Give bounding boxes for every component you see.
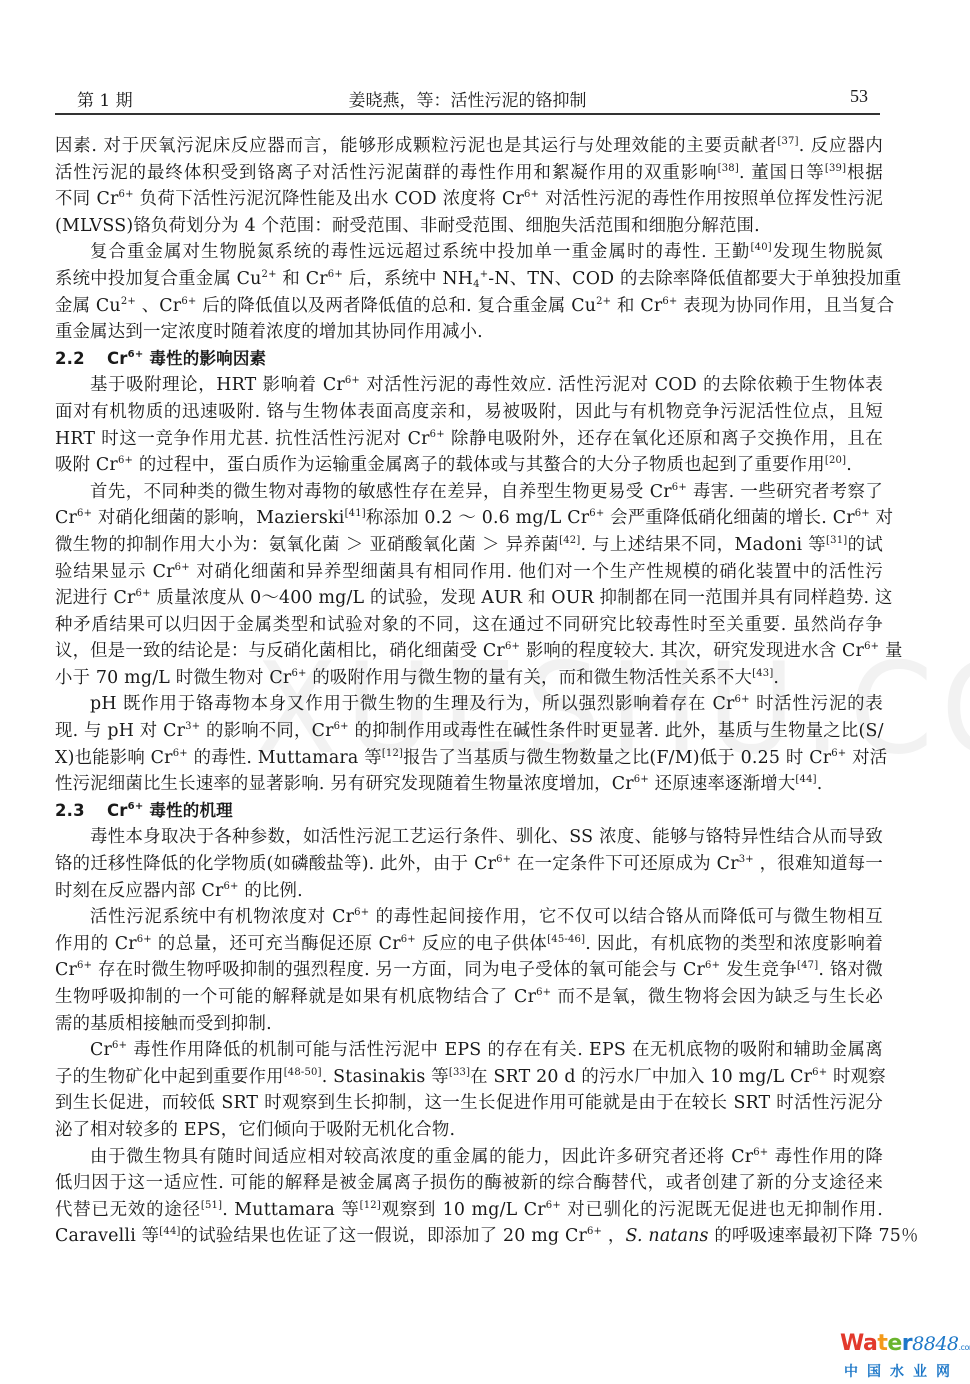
section-title: Cr6+ 毒性的机理 [107, 801, 233, 820]
text-line: 吸附 Cr6+ 的过程中，蛋白质作为运输重金属离子的载体或与其螯合的大分子物质也… [55, 452, 883, 479]
logo-letter: r [902, 1331, 912, 1356]
text-line: 小于 70 mg/L 时微生物对 Cr6+ 的吸附作用与微生物的量有关，而和微生… [55, 665, 883, 692]
text-line: 种矛盾结果可以归因于金属类型和试验对象的不同，这在通过不同研究比较毒性时至关重要… [55, 612, 883, 639]
text-line: 面对有机物质的迅速吸附. 铬与生物体表面高度亲和，易被吸附，因此与有机物竞争污泥… [55, 399, 883, 426]
site-logo: Water8848.com 中国水业网 [840, 1333, 965, 1381]
text-line: X)也能影响 Cr6+ 的毒性. Muttamara 等[12]报告了当基质与微… [55, 745, 883, 772]
header-rule [55, 113, 880, 115]
logo-domain: .com [959, 1343, 970, 1352]
text-line: 子的生物矿化中起到重要作用[48-50]. Stasinakis 等[33]在 … [55, 1064, 883, 1091]
text-line: 活性污泥的最终体积受到铬离子对活性污泥菌群的毒性作用和絮凝作用的双重影响[38]… [55, 160, 883, 187]
section-number: 2.2 [55, 346, 107, 373]
page-number: 53 [850, 86, 868, 107]
paragraph: Cr6+ 毒性作用降低的机制可能与活性污泥中 EPS 的存在有关. EPS 在无… [55, 1037, 883, 1143]
paragraph: 活性污泥系统中有机物浓度对 Cr6+ 的毒性起间接作用，它不仅可以结合铬从而降低… [55, 904, 883, 1037]
logo-letter: t [877, 1331, 887, 1356]
paragraph: pH 既作用于铬毒物本身又作用于微生物的生理及行为，所以强烈影响着存在 Cr6+… [55, 691, 883, 797]
logo-letter: e [887, 1331, 901, 1356]
paragraph: 毒性本身取决于各种参数，如活性污泥工艺运行条件、驯化、SS 浓度、能够与铬特异性… [55, 824, 883, 904]
text-line: 泌了相对较多的 EPS，它们倾向于吸附无机化合物. [55, 1117, 883, 1144]
section-heading: 2.2Cr6+ 毒性的影响因素 [55, 346, 883, 373]
text-line: 复合重金属对生物脱氮系统的毒性远远超过系统中投加单一重金属时的毒性. 王勤[40… [55, 239, 883, 266]
text-line: 验结果显示 Cr6+ 对硝化细菌和异养型细菌具有相同作用. 他们对一个生产性规模… [55, 559, 883, 586]
article-body: 因素. 对于厌氧污泥床反应器而言，能够形成颗粒污泥也是其运行与处理效能的主要贡献… [55, 133, 883, 1250]
text-line: Cr6+ 毒性作用降低的机制可能与活性污泥中 EPS 的存在有关. EPS 在无… [55, 1037, 883, 1064]
text-line: 需的基质相接触而受到抑制. [55, 1011, 883, 1038]
text-line: 因素. 对于厌氧污泥床反应器而言，能够形成颗粒污泥也是其运行与处理效能的主要贡献… [55, 133, 883, 160]
section-heading: 2.3Cr6+ 毒性的机理 [55, 798, 883, 825]
text-line: 性污泥细菌比生长速率的显著影响. 另有研究发现随着生物量浓度增加，Cr6+ 还原… [55, 771, 883, 798]
text-line: 不同 Cr6+ 负荷下活性污泥沉降性能及出水 COD 浓度将 Cr6+ 对活性污… [55, 186, 883, 213]
text-line: 系统中投加复合重金属 Cu2+ 和 Cr6+ 后，系统中 NH4+-N、TN、C… [55, 266, 883, 293]
running-title: 姜晓燕，等：活性污泥的铬抑制 [55, 86, 880, 111]
text-line: Cr6+ 对硝化细菌的影响，Mazierski[41]称添加 0.2 ～ 0.6… [55, 505, 883, 532]
text-line: (MLVSS)铬负荷划分为 4 个范围：耐受范围、非耐受范围、细胞失活范围和细胞… [55, 213, 883, 240]
text-line: 由于微生物具有随时间适应相对较高浓度的重金属的能力，因此许多研究者还将 Cr6+… [55, 1144, 883, 1171]
paragraph: 由于微生物具有随时间适应相对较高浓度的重金属的能力，因此许多研究者还将 Cr6+… [55, 1144, 883, 1250]
text-line: 泥进行 Cr6+ 质量浓度从 0～400 mg/L 的试验，发现 AUR 和 O… [55, 585, 883, 612]
logo-chinese-name: 中国水业网 [840, 1361, 965, 1381]
text-line: 毒性本身取决于各种参数，如活性污泥工艺运行条件、驯化、SS 浓度、能够与铬特异性… [55, 824, 883, 851]
text-line: pH 既作用于铬毒物本身又作用于微生物的生理及行为，所以强烈影响着存在 Cr6+… [55, 691, 883, 718]
text-line: 现. 与 pH 对 Cr3+ 的影响不同，Cr6+ 的抑制作用或毒性在碱性条件时… [55, 718, 883, 745]
logo-letter: a [863, 1331, 877, 1356]
text-line: 金属 Cu2+ 、Cr6+ 后的降低值以及两者降低值的总和. 复合重金属 Cu2… [55, 293, 883, 320]
text-line: 生物呼吸抑制的一个可能的解释就是如果有机底物结合了 Cr6+ 而不是氧，微生物将… [55, 984, 883, 1011]
text-line: 微生物的抑制作用大小为：氨氧化菌 ＞ 亚硝酸氧化菌 ＞ 异养菌[42]. 与上述… [55, 532, 883, 559]
text-line: 作用的 Cr6+ 的总量，还可充当酶促还原 Cr6+ 反应的电子供体[45-46… [55, 931, 883, 958]
section-title: Cr6+ 毒性的影响因素 [107, 349, 266, 368]
text-line: Caravelli 等[44]的试验结果也佐证了这一假说，即添加了 20 mg … [55, 1223, 883, 1250]
text-line: 时刻在反应器内部 Cr6+ 的比例. [55, 878, 883, 905]
text-line: 低归因于这一适应性. 可能的解释是被金属离子损伤的酶被新的综合酶替代，或者创建了… [55, 1170, 883, 1197]
running-header: 第 1 期 姜晓燕，等：活性污泥的铬抑制 53 [55, 84, 880, 110]
logo-brand: Water8848.com [840, 1333, 965, 1359]
text-line: 活性污泥系统中有机物浓度对 Cr6+ 的毒性起间接作用，它不仅可以结合铬从而降低… [55, 904, 883, 931]
text-line: HRT 时这一竞争作用尤甚. 抗性活性污泥对 Cr6+ 除静电吸附外，还存在氧化… [55, 426, 883, 453]
logo-letter: W [840, 1331, 863, 1356]
logo-number: 8848 [912, 1333, 958, 1355]
text-line: 铬的迁移性降低的化学物质(如磷酸盐等). 此外，由于 Cr6+ 在一定条件下可还… [55, 851, 883, 878]
text-line: Cr6+ 存在时微生物呼吸抑制的强烈程度. 另一方面，同为电子受体的氧可能会与 … [55, 957, 883, 984]
paragraph: 因素. 对于厌氧污泥床反应器而言，能够形成颗粒污泥也是其运行与处理效能的主要贡献… [55, 133, 883, 239]
text-line: 到生长促进，而较低 SRT 时观察到生长抑制，这一生长促进作用可能就是由于在较长… [55, 1090, 883, 1117]
text-line: 议，但是一致的结论是：与反硝化菌相比，硝化细菌受 Cr6+ 影响的程度较大. 其… [55, 638, 883, 665]
text-line: 重金属达到一定浓度时随着浓度的增加其协同作用减小. [55, 319, 883, 346]
text-line: 基于吸附理论，HRT 影响着 Cr6+ 对活性污泥的毒性效应. 活性污泥对 CO… [55, 372, 883, 399]
text-line: 首先，不同种类的微生物对毒物的敏感性存在差异，自养型生物更易受 Cr6+ 毒害.… [55, 479, 883, 506]
section-number: 2.3 [55, 798, 107, 825]
paragraph: 首先，不同种类的微生物对毒物的敏感性存在差异，自养型生物更易受 Cr6+ 毒害.… [55, 479, 883, 692]
paragraph: 基于吸附理论，HRT 影响着 Cr6+ 对活性污泥的毒性效应. 活性污泥对 CO… [55, 372, 883, 478]
text-line: 代替已无效的途径[51]. Muttamara 等[12]观察到 10 mg/L… [55, 1197, 883, 1224]
paragraph: 复合重金属对生物脱氮系统的毒性远远超过系统中投加单一重金属时的毒性. 王勤[40… [55, 239, 883, 345]
